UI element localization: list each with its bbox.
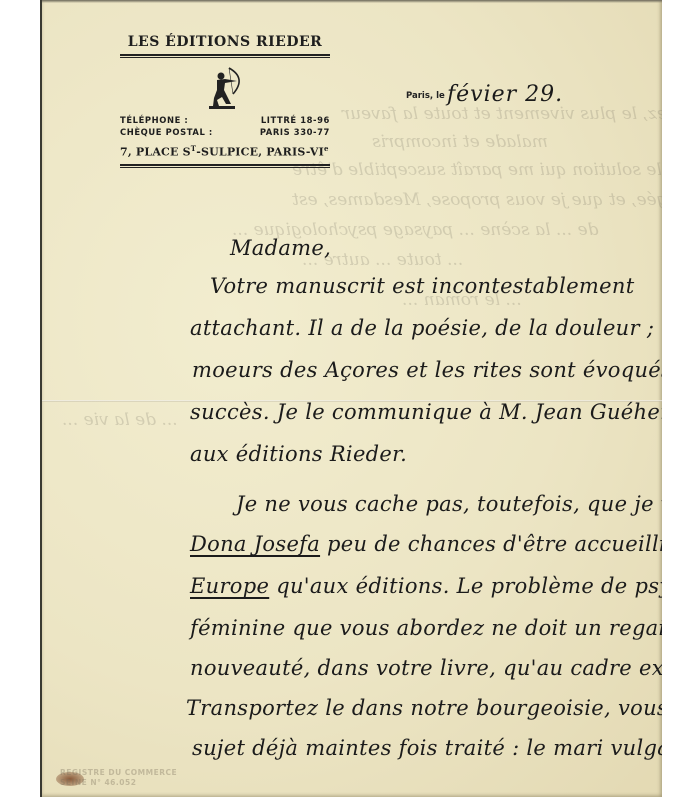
registry-stamp: REGISTRE DU COMMERCE SEINE N° 46.052	[60, 768, 177, 788]
letterhead-rule	[120, 164, 330, 168]
letter-line: attachant. Il a de la poésie, de la doul…	[190, 316, 662, 340]
bleed-through-line: ... de la vie ...	[62, 410, 178, 430]
bleed-through-line: envisagée, et que je vous propose, Mesda…	[292, 190, 662, 210]
letter-line: sujet déjà maintes fois traité : le mari…	[192, 736, 662, 760]
cheque-line: CHÈQUE POSTAL : PARIS 330-77	[120, 126, 330, 138]
stamp-line: SEINE N° 46.052	[60, 778, 177, 788]
cheque-value: PARIS 330-77	[260, 126, 330, 138]
letter-text: peu de chances d'être accueilli, tant à	[327, 532, 662, 556]
letter-line: Transportez le dans notre bourgeoisie, v…	[186, 696, 662, 720]
letter-page: Recevez, le plus vivement et toute la fa…	[40, 0, 662, 797]
telephone-label: TÉLÉPHONE :	[120, 115, 188, 125]
date-prefix: Paris, le	[406, 91, 445, 101]
publisher-address: 7, PLACE ST-SULPICE, PARIS-VIe	[120, 144, 330, 159]
letterhead: LES ÉDITIONS RIEDER TÉLÉPHONE : LITTRÉ 1…	[120, 34, 330, 168]
publisher-name: LES ÉDITIONS RIEDER	[120, 34, 330, 50]
letterhead-rule	[120, 54, 330, 58]
bleed-through-line: La seule solution qui me paraît suscepti…	[292, 160, 662, 180]
stamp-line: REGISTRE DU COMMERCE	[60, 768, 177, 778]
underlined-title-europe: Europe	[190, 574, 269, 598]
address-text: 7, PLACE S	[120, 146, 191, 159]
address-text: -SULPICE, PARIS-VI	[196, 146, 324, 159]
letter-line: nouveauté, dans votre livre, qu'au cadre…	[190, 656, 662, 680]
letter-text: qu'aux éditions. Le problème de psycholo…	[276, 574, 662, 598]
underlined-title-dona-josefa: Dona Josefa	[190, 532, 320, 556]
letter-line: Je ne vous cache pas, toutefois, que je …	[236, 492, 662, 516]
bleed-through-line: Recevez, le plus vivement et toute la fa…	[342, 104, 662, 124]
cheque-label: CHÈQUE POSTAL :	[120, 127, 213, 137]
bleed-through-line: malade et incompris	[372, 132, 548, 152]
telephone-line: TÉLÉPHONE : LITTRÉ 18-96	[120, 114, 330, 126]
telephone-value: LITTRÉ 18-96	[261, 114, 330, 126]
salutation: Madame,	[230, 236, 331, 260]
handwritten-date: févier 29.	[447, 82, 563, 107]
letter-line: féminine que vous abordez ne doit un reg…	[190, 616, 662, 640]
letter-line: succès. Je le communique à M. Jean Guéhe…	[190, 400, 662, 424]
letter-line: aux éditions Rieder.	[190, 442, 407, 466]
letter-line: Votre manuscrit est incontestablement	[210, 274, 634, 298]
letter-line: Dona Josefa peu de chances d'être accuei…	[190, 532, 662, 556]
letter-line: Europe qu'aux éditions. Le problème de p…	[190, 574, 662, 598]
letter-line: moeurs des Açores et les rites sont évoq…	[192, 358, 662, 382]
address-sup: e	[324, 144, 329, 153]
archer-icon	[195, 64, 255, 110]
